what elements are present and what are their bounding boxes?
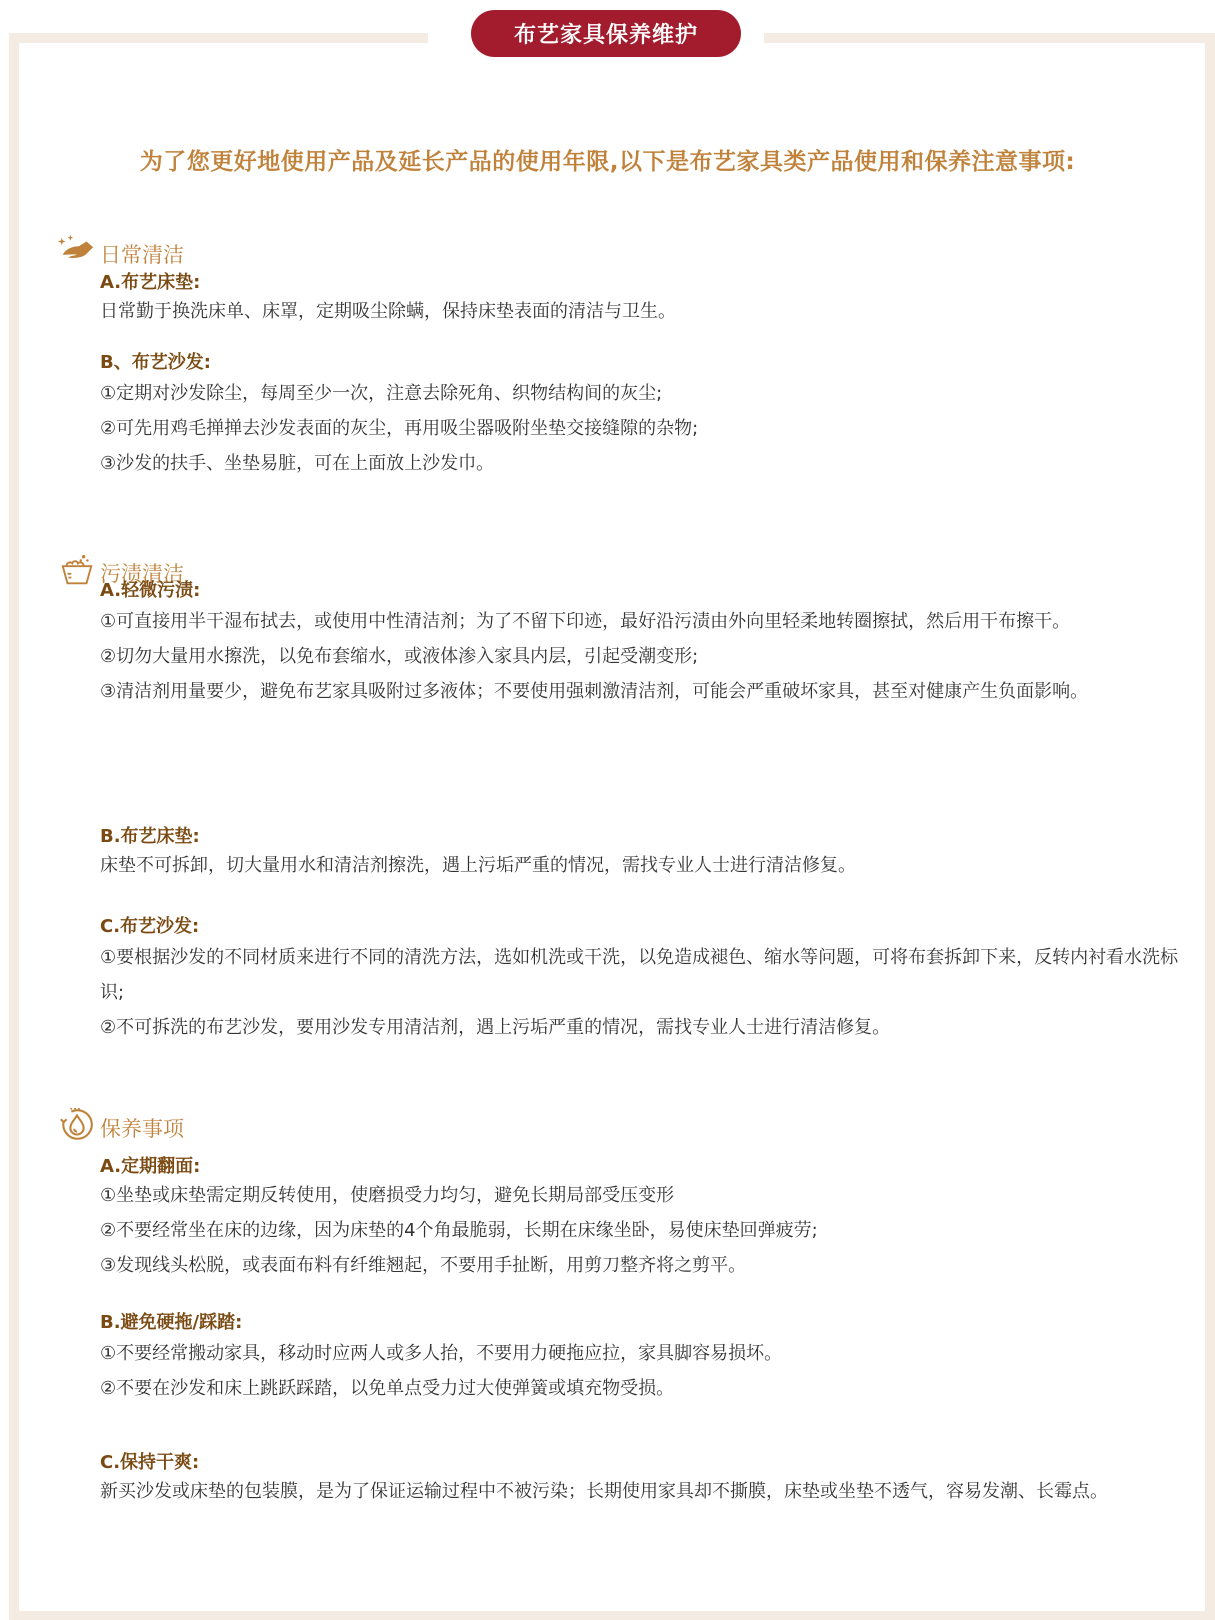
page-title-badge: 布艺家具保养维护 xyxy=(471,10,741,57)
text-line: ②可先用鸡毛掸掸去沙发表面的灰尘，再用吸尘器吸附坐垫交接缝隙的杂物; xyxy=(100,411,1180,446)
text-line: 日常勤于换洗床单、床罩，定期吸尘除螨，保持床垫表面的清洁与卫生。 xyxy=(100,294,1180,329)
paragraph: ①可直接用半干湿布拭去，或使用中性清洁剂；为了不留下印迹，最好沿污渍由外向里轻柔… xyxy=(100,604,1180,709)
paragraph: 日常勤于换洗床单、床罩，定期吸尘除螨，保持床垫表面的清洁与卫生。 xyxy=(100,294,1180,329)
paragraph: 床垫不可拆卸，切大量用水和清洁剂擦洗，遇上污垢严重的情况，需找专业人士进行清洁修… xyxy=(100,848,1180,883)
subheading: C.保持干爽: xyxy=(100,1448,199,1474)
wash-basin-icon xyxy=(58,551,100,594)
paragraph: ①要根据沙发的不同材质来进行不同的清洗方法，选如机洗或干洗，以免造成褪色、缩水等… xyxy=(100,940,1180,1045)
text-line: ②不要经常坐在床的边缘，因为床垫的4个角最脆弱，长期在床缘坐卧，易使床垫回弹疲劳… xyxy=(100,1213,1180,1248)
subheading: A.轻微污渍: xyxy=(100,576,200,602)
paragraph: ①坐垫或床垫需定期反转使用，使磨损受力均匀，避免长期局部受压变形 ②不要经常坐在… xyxy=(100,1178,1180,1283)
subheading: B.避免硬拖/踩踏: xyxy=(100,1308,242,1334)
paragraph: ①定期对沙发除尘，每周至少一次，注意去除死角、织物结构间的灰尘; ②可先用鸡毛掸… xyxy=(100,376,1180,481)
section-title-text: 日常清洁 xyxy=(100,239,184,269)
paragraph: ①不要经常搬动家具，移动时应两人或多人抬，不要用力硬拖应拉，家具脚容易损坏。 ②… xyxy=(100,1336,1180,1406)
subheading: C.布艺沙发: xyxy=(100,912,199,938)
text-line: ③沙发的扶手、坐垫易脏，可在上面放上沙发巾。 xyxy=(100,446,1180,481)
text-line: ①要根据沙发的不同材质来进行不同的清洗方法，选如机洗或干洗，以免造成褪色、缩水等… xyxy=(100,940,1180,1010)
intro-text: 为了您更好地使用产品及延长产品的使用年限,以下是布艺家具类产品使用和保养注意事项… xyxy=(0,143,1215,176)
text-line: ①定期对沙发除尘，每周至少一次，注意去除死角、织物结构间的灰尘; xyxy=(100,376,1180,411)
paragraph: 新买沙发或床垫的包装膜，是为了保证运输过程中不被污染；长期使用家具却不撕膜，床垫… xyxy=(100,1474,1180,1509)
text-line: 床垫不可拆卸，切大量用水和清洁剂擦洗，遇上污垢严重的情况，需找专业人士进行清洁修… xyxy=(100,848,1180,883)
text-line: ①不要经常搬动家具，移动时应两人或多人抬，不要用力硬拖应拉，家具脚容易损坏。 xyxy=(100,1336,1180,1371)
text-line: ②切勿大量用水擦洗，以免布套缩水，或液体渗入家具内层，引起受潮变形; xyxy=(100,639,1180,674)
subheading: B.布艺床垫: xyxy=(100,822,200,848)
text-line: ③发现线头松脱，或表面布料有纤维翘起，不要用手扯断，用剪刀整齐将之剪平。 xyxy=(100,1248,1180,1283)
subheading: A.布艺床垫: xyxy=(100,268,200,294)
text-line: 新买沙发或床垫的包装膜，是为了保证运输过程中不被污染；长期使用家具却不撕膜，床垫… xyxy=(100,1474,1180,1509)
water-drop-cycle-icon xyxy=(58,1106,100,1149)
text-line: ②不可拆洗的布艺沙发，要用沙发专用清洁剂，遇上污垢严重的情况，需找专业人士进行清… xyxy=(100,1010,1180,1045)
text-line: ①坐垫或床垫需定期反转使用，使磨损受力均匀，避免长期局部受压变形 xyxy=(100,1178,1180,1213)
cleaning-hand-icon xyxy=(58,232,100,275)
subheading: A.定期翻面: xyxy=(100,1152,200,1178)
subheading: B、布艺沙发: xyxy=(100,348,211,374)
text-line: ②不要在沙发和床上跳跃踩踏，以免单点受力过大使弹簧或填充物受损。 xyxy=(100,1371,1180,1406)
text-line: ③清洁剂用量要少，避免布艺家具吸附过多液体；不要使用强刺激清洁剂，可能会严重破坏… xyxy=(100,674,1180,709)
section-title-maintenance: 保养事项 xyxy=(58,1106,184,1149)
section-title-text: 保养事项 xyxy=(100,1113,184,1143)
text-line: ①可直接用半干湿布拭去，或使用中性清洁剂；为了不留下印迹，最好沿污渍由外向里轻柔… xyxy=(100,604,1180,639)
